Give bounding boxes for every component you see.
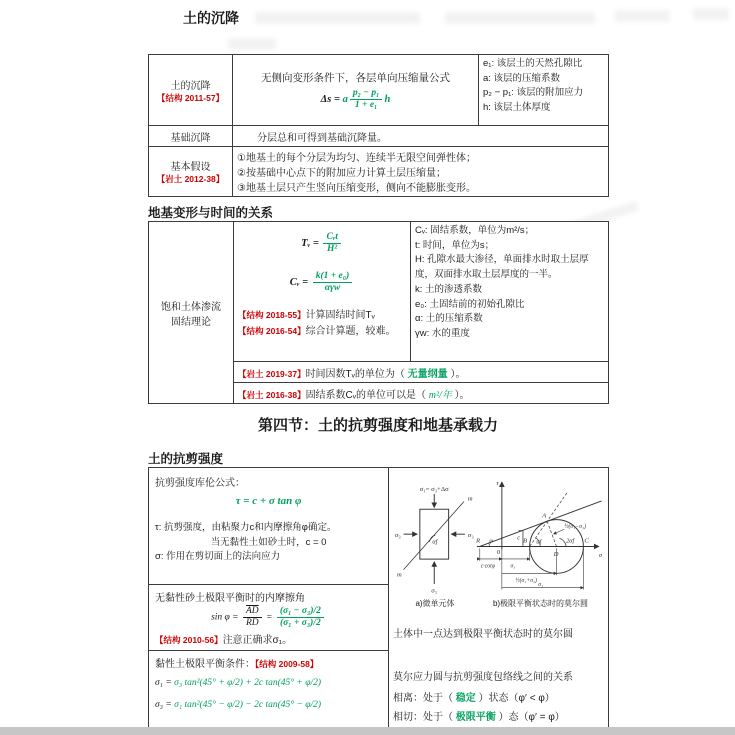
diagrams-row: σ₁= σ₃+Δσ σ₃ σ₃ σ₁ m m αf <box>393 472 604 596</box>
mohr-circle-diagram: τ σ c φ αf <box>475 472 604 596</box>
point-O: 0 <box>498 549 502 556</box>
settlement-label-cell: 土的沉降 【结构 2011-57】 <box>149 55 233 126</box>
point-A: A <box>542 513 548 520</box>
consolidation-defs-cell: Cᵥ: 固结系数，单位为m²/s； t: 时间，单位为s； H: 孔隙水最大渗径… <box>411 222 609 362</box>
cv-formula: Cᵥ = k(1 + e₀)αγw <box>238 271 406 294</box>
sin-phi-formula: sin φ = ADRD = (σ₁ − σ₃)/2(σ₁ + σ₃)/2 <box>155 606 382 629</box>
def-line: k: 土的渗透系数 <box>415 283 604 298</box>
sigma3-right-label: σ₃ <box>468 532 474 539</box>
dim-c-cot-phi: c·cotφ <box>481 564 496 570</box>
consolidation-formula-cell: Tᵥ = CᵥtH² Cᵥ = k(1 + e₀)αγw 【结构 2018-55… <box>234 222 411 362</box>
exam-ref: 【岩土 2019-37】 <box>238 369 306 379</box>
watermark-smudge <box>228 38 276 50</box>
assumptions-cell: ①地基土的每个分层为均匀、连续半无限空间弹性体； ②按基础中心点下的附加应力计算… <box>233 147 609 197</box>
table-row: 饱和土体渗流 固结理论 Tᵥ = CᵥtH² Cᵥ = k(1 + e₀)αγw… <box>149 222 609 362</box>
sigma3-formula: σ₃ = σ₁ tan²(45° − φ/2) − 2c tan(45° − φ… <box>155 700 382 710</box>
section4-title: 第四节：土的抗剪强度和地基承载力 <box>148 414 608 435</box>
point-R: R <box>475 538 480 545</box>
page-title: 土的沉降 <box>183 8 239 28</box>
tau-def: τ: 抗剪强度，由粘聚力c和内摩擦角φ确定。 <box>155 521 382 536</box>
dim-half-sum: ½(σ₁+σ₃) <box>516 577 538 584</box>
table-row: 基本假设 【岩土 2012-38】 ①地基土的每个分层为均匀、连续半无限空间弹性… <box>149 147 609 197</box>
exam-note: 【结构 2016-54】综合计算题，较难。 <box>238 324 406 340</box>
exam-ref: 【结构 2010-56】 <box>155 635 223 645</box>
table-row: 基础沉降 分层总和可得到基础沉降量。 <box>149 126 609 147</box>
sigma3-left-label: σ₃ <box>395 532 401 539</box>
sigma-axis-label: σ <box>599 552 603 559</box>
tau-axis-label: τ <box>497 480 500 487</box>
def-line: h: 该层土体厚度 <box>483 101 604 116</box>
friction-angle-title: 无黏性砂土极限平衡时的内摩擦角 <box>155 589 382 604</box>
table-row: 抗剪强度库伦公式： τ = c + σ tan φ τ: 抗剪强度，由粘聚力c和… <box>149 468 609 585</box>
limit-equilibrium-cell: 黏性土极限平衡条件：【结构 2009-58】 σ₁ = σ₃ tan²(45° … <box>149 650 389 729</box>
settlement-formula-cell: 无侧向变形条件下，各层单向压缩量公式 Δs = ap₂ − p₁1 + e₁h <box>233 55 479 126</box>
coulomb-cell: 抗剪强度库伦公式： τ = c + σ tan φ τ: 抗剪强度，由粘聚力c和… <box>149 468 389 585</box>
alpha-f-label: αf <box>537 539 543 546</box>
relation-title: 莫尔应力圆与抗剪强度包络线之间的关系 <box>393 668 604 683</box>
coulomb-title: 抗剪强度库伦公式： <box>155 474 382 489</box>
formula-desc: 无侧向变形条件下，各层单向压缩量公式 <box>237 70 474 85</box>
cohesionless-note: 当无黏性土如砂土时，c = 0 <box>155 536 382 551</box>
assumption-label-cell: 基本假设 【岩土 2012-38】 <box>149 147 233 197</box>
assumption-item: ③地基土层只产生竖向压缩变形，侧向不能膨胀变形。 <box>237 179 604 194</box>
def-line: Cᵥ: 固结系数，单位为m²/s； <box>415 224 604 239</box>
alpha-f-label: αf <box>432 539 438 546</box>
consolidation-label-cell: 饱和土体渗流 固结理论 <box>149 222 234 404</box>
def-line: e₁: 该层土的天然孔隙比 <box>483 57 604 72</box>
qa-row: 【岩土 2019-37】时间因数Tᵥ的单位为（ 无量纲量 ）。 <box>234 362 609 383</box>
limit-equilibrium-title: 黏性土极限平衡条件：【结构 2009-58】 <box>155 655 382 670</box>
section-heading-time: 地基变形与时间的关系 <box>148 203 273 221</box>
relation-line: 相离：处于（ 稳定 ）状态（φ′ < φ） <box>393 689 604 704</box>
table-row: 土的沉降 【结构 2011-57】 无侧向变形条件下，各层单向压缩量公式 Δs … <box>149 55 609 126</box>
row-label: 饱和土体渗流 <box>151 298 231 313</box>
def-line: e₀: 土固结前的初始孔隙比 <box>415 298 604 313</box>
dim-sigma3: σ₃ <box>511 564 516 570</box>
diagram-b-caption: b)极限平衡状态时的莫尔圆 <box>477 598 604 609</box>
def-line: H: 孔隙水最大渗径，单面排水时取土层厚度，双面排水取土层厚度的一半。 <box>415 253 604 282</box>
c-label: c <box>518 535 521 542</box>
foundation-settlement-text: 分层总和可得到基础沉降量。 <box>233 126 609 147</box>
radius-label: ½(σ₁−σ₃) <box>565 523 587 530</box>
assumption-item: ②按基础中心点下的附加应力计算土层压缩量； <box>237 164 604 179</box>
two-alpha-f-label: 2αf <box>567 538 576 545</box>
exam-ref: 【岩土 2016-38】 <box>238 390 306 400</box>
sigma1-top-label: σ₁= σ₃+Δσ <box>420 486 449 493</box>
coulomb-formula: τ = c + σ tan φ <box>155 495 382 507</box>
plane-m-label: m <box>397 571 402 578</box>
exam-ref: 【结构 2016-54】 <box>238 326 306 336</box>
sigma-def: σ: 作用在剪切面上的法向应力 <box>155 550 382 565</box>
phi-label: φ <box>490 538 494 545</box>
qa-row: 【岩土 2016-38】固结系数Cᵥ的单位可以是（ m²/年 ）。 <box>234 383 609 404</box>
watermark-smudge <box>615 10 670 22</box>
tv-formula: Tᵥ = CᵥtH² <box>238 232 406 255</box>
exam-ref: 【结构 2018-55】 <box>238 310 306 320</box>
bottom-strip <box>0 727 735 735</box>
section-heading-shear: 土的抗剪强度 <box>148 449 223 467</box>
point-D: D <box>553 551 559 558</box>
exam-ref: 【结构 2009-58】 <box>255 659 318 669</box>
row-label: 基本假设 <box>151 158 230 173</box>
consolidation-table: 饱和土体渗流 固结理论 Tᵥ = CᵥtH² Cᵥ = k(1 + e₀)αγw… <box>148 221 609 404</box>
watermark-smudge <box>255 12 420 24</box>
friction-angle-cell: 无黏性砂土极限平衡时的内摩擦角 sin φ = ADRD = (σ₁ − σ₃)… <box>149 585 389 651</box>
answer-text: 稳定 <box>456 693 476 704</box>
def-line: t: 时间，单位为s； <box>415 239 604 254</box>
point-B: B <box>523 538 527 545</box>
answer-text: 无量纲量 <box>408 369 448 380</box>
def-line: p₂ − p₁: 该层的附加应力 <box>483 86 604 101</box>
assumption-item: ①地基土的每个分层为均匀、连续半无限空间弹性体； <box>237 149 604 164</box>
row-label: 基础沉降 <box>149 126 233 147</box>
shear-table: 抗剪强度库伦公式： τ = c + σ tan φ τ: 抗剪强度，由粘聚力c和… <box>148 467 609 730</box>
exam-ref: 【结构 2011-57】 <box>151 92 230 104</box>
settlement-formula: Δs = ap₂ − p₁1 + e₁h <box>237 88 474 111</box>
sigma1-bottom-label: σ₁ <box>431 588 437 595</box>
answer-text: 极限平衡 <box>456 712 496 723</box>
def-line: α: 土的压缩系数 <box>415 312 604 327</box>
exam-note: 【结构 2010-56】注意正确求σ₁。 <box>155 631 382 646</box>
row-label: 固结理论 <box>151 313 231 328</box>
exam-note: 【结构 2018-55】计算固结时间Tᵥ <box>238 308 406 324</box>
plane-m-label: m <box>468 496 473 503</box>
mohr-description: 土体中一点达到极限平衡状态时的莫尔圆 <box>393 625 604 640</box>
relation-line: 相切：处于（ 极限平衡 ）态（φ′ = φ） <box>393 708 604 723</box>
settlement-defs-cell: e₁: 该层土的天然孔隙比 a: 该层的压缩系数 p₂ − p₁: 该层的附加应… <box>479 55 609 126</box>
answer-text: m²/年 <box>429 390 452 401</box>
mohr-cell: σ₁= σ₃+Δσ σ₃ σ₃ σ₁ m m αf <box>389 468 609 730</box>
watermark-smudge <box>693 8 729 20</box>
watermark-smudge <box>445 12 595 24</box>
dim-sigma1: σ₁ <box>539 582 544 588</box>
row-label: 土的沉降 <box>151 77 230 92</box>
def-line: a: 该层的压缩系数 <box>483 72 604 87</box>
diagram-a-caption: a)微单元体 <box>393 598 477 609</box>
def-line: γw: 水的重度 <box>415 327 604 342</box>
micro-element-diagram: σ₁= σ₃+Δσ σ₃ σ₃ σ₁ m m αf <box>393 480 475 596</box>
point-C: C <box>585 538 590 545</box>
settlement-table: 土的沉降 【结构 2011-57】 无侧向变形条件下，各层单向压缩量公式 Δs … <box>148 54 609 197</box>
sigma1-formula: σ₁ = σ₃ tan²(45° + φ/2) + 2c tan(45° + φ… <box>155 678 382 688</box>
exam-ref: 【岩土 2012-38】 <box>151 173 230 185</box>
